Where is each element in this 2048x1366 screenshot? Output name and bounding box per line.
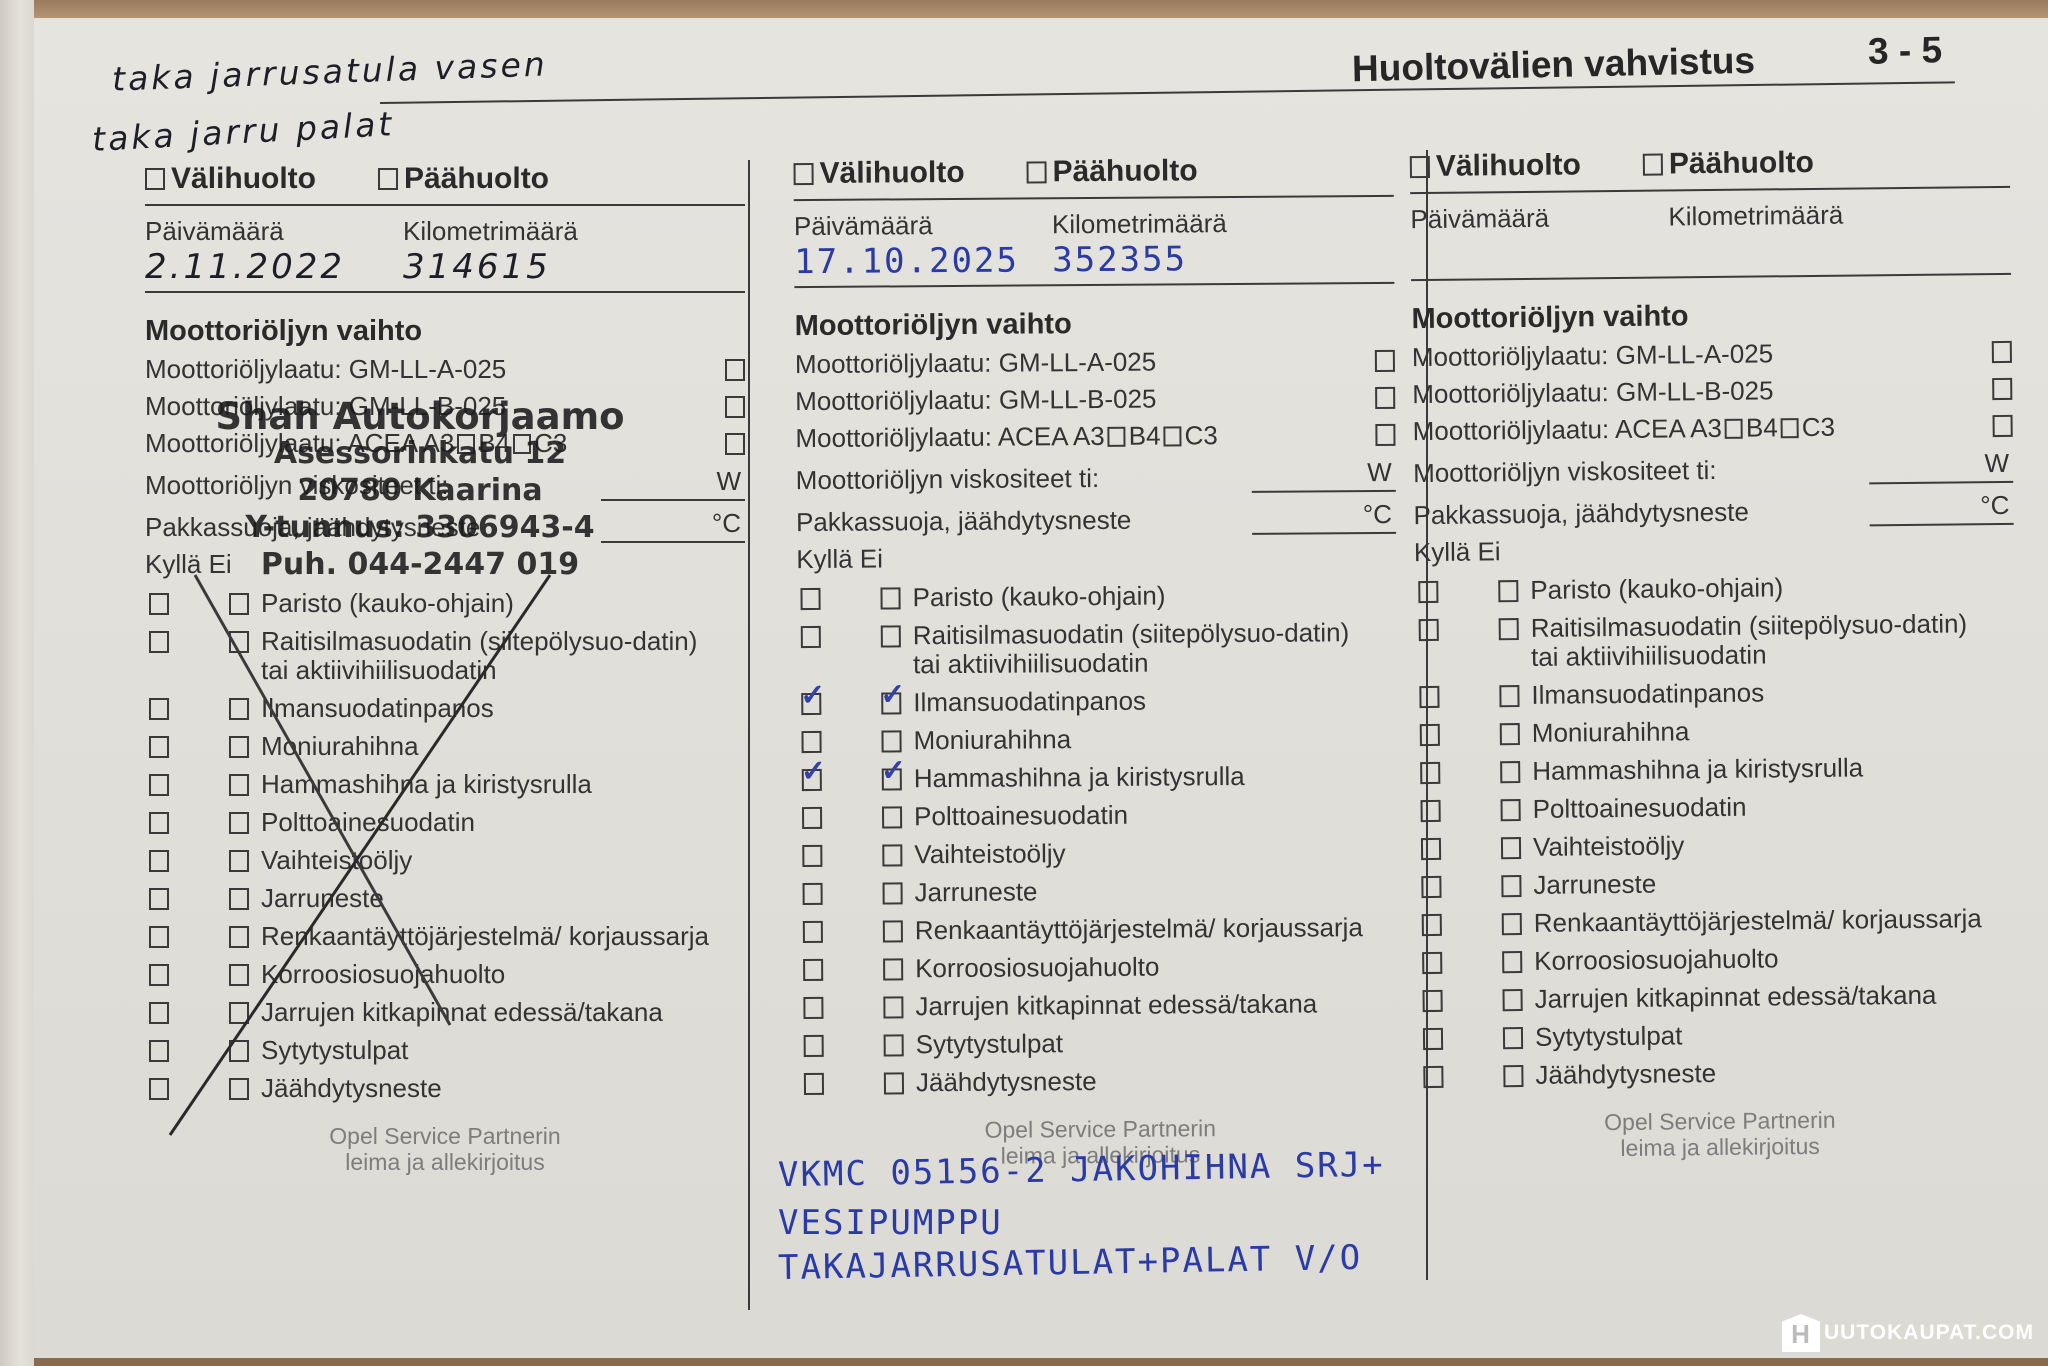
checklist-item: Raitisilmasuodatin (siitepölysuo-datin) … bbox=[1415, 609, 2016, 673]
service-type-row: VälihuoltoPäähuolto bbox=[793, 153, 1393, 191]
yes-checkbox[interactable] bbox=[801, 626, 821, 648]
acea-a3-checkbox[interactable] bbox=[1725, 418, 1743, 438]
checklist-label: Sytytystulpat bbox=[1535, 1018, 2005, 1052]
checklist-label: Renkaantäyttöjärjestelmä/ korjaussarja bbox=[1534, 904, 2004, 938]
acea-checkbox[interactable] bbox=[1993, 414, 2013, 436]
oil-grade-row: Moottoriöljylaatu: GM-LL-B-025 bbox=[1412, 373, 2012, 410]
checklist-item: Sytytystulpat bbox=[145, 1036, 745, 1065]
checklist-label: Ilmansuodatinpanos bbox=[1531, 676, 2001, 710]
checklist-label: Paristo (kauko-ohjain) bbox=[912, 580, 1382, 612]
checklist-item: Sytytystulpat bbox=[1419, 1018, 2019, 1053]
checklist-item: Hammashihna ja kiristysrulla bbox=[145, 770, 745, 799]
no-checkbox[interactable] bbox=[882, 844, 902, 866]
service-main-option[interactable]: Päähuolto bbox=[1643, 146, 1814, 182]
checklist-label: Polttoainesuodatin bbox=[914, 799, 1384, 831]
no-checkbox[interactable] bbox=[882, 806, 902, 828]
checklist-item: Polttoainesuodatin bbox=[798, 799, 1398, 832]
oil-grade-checkbox[interactable] bbox=[725, 359, 745, 381]
yes-checkbox[interactable] bbox=[1423, 1066, 1443, 1088]
divider bbox=[145, 204, 745, 206]
yes-checkbox[interactable] bbox=[801, 693, 821, 715]
oil-grade-acea-row: Moottoriöljylaatu: ACEA A3B4C3 bbox=[1412, 410, 2012, 447]
no-checkbox[interactable] bbox=[1501, 837, 1521, 859]
partner-line-1: Opel Service Partnerin bbox=[145, 1123, 745, 1149]
yes-checkbox[interactable] bbox=[149, 698, 169, 720]
date-value[interactable]: 2.11.2022 bbox=[145, 247, 403, 283]
partner-stamp-area: Opel Service Partnerinleima ja allekirjo… bbox=[145, 1123, 745, 1175]
viscosity-row: Moottoriöljyn viskositeet ti:W bbox=[796, 458, 1396, 496]
oil-grade-label: Moottoriöljylaatu: GM-LL-A-025 bbox=[1412, 338, 1774, 373]
checklist-label: Polttoainesuodatin bbox=[261, 808, 731, 837]
service-entry-2: VälihuoltoPäähuoltoPäivämääräKilometrimä… bbox=[793, 153, 1400, 1170]
antifreeze-row: Pakkassuoja, jäähdytysneste°C bbox=[1413, 491, 2013, 531]
checklist-item: Moniurahihna bbox=[1416, 714, 2016, 749]
field-labels: PäivämääräKilometrimäärä bbox=[794, 207, 1394, 242]
no-checkbox[interactable] bbox=[884, 1072, 904, 1094]
oil-grade-checkbox[interactable] bbox=[725, 396, 745, 418]
mileage-label: Kilometrimäärä bbox=[403, 216, 578, 247]
checklist-item: Jarrujen kitkapinnat edessä/takana bbox=[799, 989, 1399, 1022]
yes-checkbox[interactable] bbox=[804, 1035, 824, 1057]
yes-checkbox[interactable] bbox=[1418, 581, 1438, 603]
oil-grade-row: Moottoriöljylaatu: GM-LL-A-025 bbox=[1412, 336, 2012, 373]
no-checkbox[interactable] bbox=[882, 768, 902, 790]
stamp-name: Shah Autokorjaamo bbox=[200, 398, 640, 435]
no-checkbox[interactable] bbox=[883, 996, 903, 1018]
checklist-item: Jarruneste bbox=[145, 884, 745, 913]
checklist-label: Raitisilmasuodatin (siitepölysuo-datin) … bbox=[261, 627, 731, 685]
date-value[interactable] bbox=[1411, 232, 1669, 271]
checklist-label: Jarruneste bbox=[915, 875, 1385, 907]
no-checkbox[interactable] bbox=[1503, 989, 1523, 1011]
checklist-label: Jäähdytysneste bbox=[1535, 1056, 2005, 1090]
checklist-label: Paristo (kauko-ohjain) bbox=[1530, 571, 2000, 605]
checklist-label: Raitisilmasuodatin (siitepölysuo-datin) … bbox=[913, 618, 1383, 679]
no-checkbox[interactable] bbox=[229, 593, 249, 615]
antifreeze-field[interactable]: °C bbox=[1252, 500, 1396, 535]
mileage-label: Kilometrimäärä bbox=[1668, 200, 1843, 233]
checklist-label: Jäähdytysneste bbox=[916, 1065, 1386, 1097]
no-checkbox[interactable] bbox=[229, 1002, 249, 1024]
yes-checkbox[interactable] bbox=[149, 812, 169, 834]
partner-stamp-area: Opel Service Partnerinleima ja allekirjo… bbox=[1420, 1105, 2021, 1163]
mileage-value[interactable]: 314615 bbox=[403, 247, 551, 283]
checklist-item: Moniurahihna bbox=[145, 732, 745, 761]
service-main-label: Päähuolto bbox=[1052, 154, 1197, 189]
viscosity-row: Moottoriöljyn viskositeet ti:W bbox=[1413, 449, 2013, 489]
oil-change-heading: Moottoriöljyn vaihto bbox=[145, 315, 745, 348]
checklist-label: Jarrujen kitkapinnat edessä/takana bbox=[915, 989, 1385, 1021]
divider bbox=[794, 282, 1394, 288]
oil-grade-checkbox[interactable] bbox=[1992, 377, 2012, 399]
acea-b4-checkbox[interactable] bbox=[1163, 426, 1181, 446]
oil-grade-checkbox[interactable] bbox=[1375, 349, 1395, 371]
checklist-label: Renkaantäyttöjärjestelmä/ korjaussarja bbox=[915, 913, 1385, 945]
field-values: 2.11.2022314615 bbox=[145, 247, 745, 283]
service-type-row: VälihuoltoPäähuolto bbox=[1410, 144, 2010, 184]
no-checkbox[interactable] bbox=[229, 964, 249, 986]
no-checkbox[interactable] bbox=[883, 920, 903, 942]
checklist-item: Jarrujen kitkapinnat edessä/takana bbox=[145, 998, 745, 1027]
yes-checkbox[interactable] bbox=[1422, 952, 1442, 974]
checklist-item: Hammashihna ja kiristysrulla bbox=[1416, 752, 2016, 787]
checklist-label: Hammashihna ja kiristysrulla bbox=[1532, 752, 2002, 786]
oil-grade-row: Moottoriöljylaatu: GM-LL-A-025 bbox=[145, 354, 745, 385]
no-checkbox[interactable] bbox=[1500, 761, 1520, 783]
checklist-label: Renkaantäyttöjärjestelmä/ korjaussarja bbox=[261, 922, 731, 951]
checklist-item: Korroosiosuojahuolto bbox=[799, 951, 1399, 984]
page-title: Huoltovälien vahvistus bbox=[1352, 40, 1756, 90]
service-entry-3: VälihuoltoPäähuoltoPäivämääräKilometrimä… bbox=[1410, 144, 2021, 1163]
acea-checkbox[interactable] bbox=[725, 433, 745, 455]
checklist-label: Vaihteistoöljy bbox=[1533, 828, 2003, 862]
checklist-item: Paristo (kauko-ohjain) bbox=[145, 589, 745, 618]
checklist-label: Sytytystulpat bbox=[916, 1027, 1386, 1059]
interim-checkbox[interactable] bbox=[794, 163, 814, 185]
no-checkbox[interactable] bbox=[1501, 875, 1521, 897]
service-interim-option[interactable]: Välihuolto bbox=[145, 162, 316, 196]
checklist-label: Korroosiosuojahuolto bbox=[915, 951, 1385, 983]
checklist-item: Vaihteistoöljy bbox=[145, 846, 745, 875]
checklist-item: Renkaantäyttöjärjestelmä/ korjaussarja bbox=[799, 913, 1399, 946]
checklist-label: Jarrujen kitkapinnat edessä/takana bbox=[1534, 980, 2004, 1014]
book-gutter bbox=[0, 0, 34, 1366]
oil-grade-row: Moottoriöljylaatu: GM-LL-B-025 bbox=[795, 382, 1395, 417]
checklist-label: Ilmansuodatinpanos bbox=[913, 685, 1383, 717]
yes-checkbox[interactable] bbox=[1419, 686, 1439, 708]
yes-checkbox[interactable] bbox=[149, 1040, 169, 1062]
checklist-item: Hammashihna ja kiristysrulla bbox=[798, 761, 1398, 794]
interim-checkbox[interactable] bbox=[1410, 156, 1430, 178]
page-number: 3 - 5 bbox=[1868, 29, 1943, 73]
yes-no-header: Kyllä Ei bbox=[796, 540, 1396, 575]
no-checkbox[interactable] bbox=[229, 774, 249, 796]
date-label: Päivämäärä bbox=[1410, 201, 1668, 235]
field-values bbox=[1411, 229, 2011, 271]
no-checkbox[interactable] bbox=[229, 1078, 249, 1100]
checklist-label: Paristo (kauko-ohjain) bbox=[261, 589, 731, 618]
field-values: 17.10.2025352355 bbox=[794, 238, 1394, 278]
partner-line-2: leima ja allekirjoitus bbox=[145, 1149, 745, 1175]
checklist-label: Moniurahihna bbox=[261, 732, 731, 761]
acea-c3-label: C3 bbox=[1184, 420, 1217, 451]
yes-checkbox[interactable] bbox=[803, 959, 823, 981]
acea-b4-checkbox[interactable] bbox=[1781, 418, 1799, 438]
antifreeze-field[interactable]: °C bbox=[1869, 491, 2013, 527]
oil-grade-acea-row: Moottoriöljylaatu: ACEA A3B4C3 bbox=[795, 419, 1395, 454]
handwritten-blue-note-2: VESIPUMPPU bbox=[778, 1203, 1003, 1243]
yes-checkbox[interactable] bbox=[1419, 619, 1439, 641]
checklist-item: Vaihteistoöljy bbox=[798, 837, 1398, 870]
viscosity-field[interactable]: W bbox=[1869, 449, 2013, 485]
no-checkbox[interactable] bbox=[1498, 580, 1518, 602]
checklist-item: Renkaantäyttöjärjestelmä/ korjaussarja bbox=[145, 922, 745, 951]
date-value[interactable]: 17.10.2025 bbox=[794, 240, 1052, 278]
no-checkbox[interactable] bbox=[229, 736, 249, 758]
checklist-label: Jarruneste bbox=[1533, 866, 2003, 900]
yes-checkbox[interactable] bbox=[1423, 990, 1443, 1012]
cube-h-logo-icon: H bbox=[1782, 1314, 1820, 1352]
yes-checkbox[interactable] bbox=[1422, 914, 1442, 936]
no-checkbox[interactable] bbox=[1503, 1027, 1523, 1049]
no-checkbox[interactable] bbox=[1499, 685, 1519, 707]
stamp-business-id: Y-tunnus: 3306943-4 bbox=[200, 509, 640, 546]
acea-options: Moottoriöljylaatu: ACEA A3B4C3 bbox=[1412, 412, 1835, 447]
yes-checkbox[interactable] bbox=[802, 769, 822, 791]
yes-checkbox[interactable] bbox=[803, 997, 823, 1019]
acea-label: Moottoriöljylaatu: ACEA A3 bbox=[795, 421, 1105, 454]
checklist-item: Jäähdytysneste bbox=[800, 1065, 1400, 1098]
yes-checkbox[interactable] bbox=[802, 845, 822, 867]
checklist-label: Raitisilmasuodatin (siitepölysuo-datin) … bbox=[1531, 609, 2002, 672]
oil-change-heading: Moottoriöljyn vaihto bbox=[795, 306, 1395, 343]
no-checkbox[interactable] bbox=[1503, 1065, 1523, 1087]
yes-checkbox[interactable] bbox=[149, 631, 169, 653]
divider bbox=[145, 291, 745, 293]
antifreeze-label: Pakkassuoja, jäähdytysneste bbox=[1413, 497, 1749, 532]
checklist-item: Raitisilmasuodatin (siitepölysuo-datin) … bbox=[797, 618, 1397, 680]
checklist-label: Ilmansuodatinpanos bbox=[261, 694, 731, 723]
no-checkbox[interactable] bbox=[881, 692, 901, 714]
checklist-item: Jäähdytysneste bbox=[1419, 1056, 2019, 1091]
service-interim-label: Välihuolto bbox=[819, 156, 964, 191]
yes-checkbox[interactable] bbox=[1420, 762, 1440, 784]
service-main-label: Päähuolto bbox=[404, 162, 549, 196]
no-checkbox[interactable] bbox=[229, 698, 249, 720]
yes-checkbox[interactable] bbox=[1423, 1028, 1443, 1050]
checklist-label: Vaihteistoöljy bbox=[914, 837, 1384, 869]
service-interim-label: Välihuolto bbox=[1436, 148, 1581, 184]
checklist-label: Korroosiosuojahuolto bbox=[261, 960, 731, 989]
service-interim-label: Välihuolto bbox=[171, 162, 316, 196]
checklist-item: Jarrujen kitkapinnat edessä/takana bbox=[1418, 980, 2018, 1015]
oil-grade-checkbox[interactable] bbox=[1992, 340, 2012, 362]
no-checkbox[interactable] bbox=[229, 888, 249, 910]
yes-checkbox[interactable] bbox=[149, 774, 169, 796]
main-checkbox[interactable] bbox=[1643, 154, 1663, 176]
no-checkbox[interactable] bbox=[883, 958, 903, 980]
yes-checkbox[interactable] bbox=[149, 1002, 169, 1024]
no-checkbox[interactable] bbox=[881, 625, 901, 647]
mileage-label: Kilometrimäärä bbox=[1052, 208, 1227, 240]
antifreeze-row: Pakkassuoja, jäähdytysneste°C bbox=[796, 500, 1396, 538]
checklist-item: Jarruneste bbox=[1417, 866, 2017, 901]
no-checkbox[interactable] bbox=[1502, 951, 1522, 973]
yes-checkbox[interactable] bbox=[803, 921, 823, 943]
column-divider-1 bbox=[748, 160, 750, 1310]
service-main-option[interactable]: Päähuolto bbox=[1026, 154, 1197, 189]
oil-grade-label: Moottoriöljylaatu: GM-LL-B-025 bbox=[1412, 375, 1774, 410]
viscosity-label: Moottoriöljyn viskositeet ti: bbox=[1413, 455, 1717, 489]
yes-checkbox[interactable] bbox=[801, 731, 821, 753]
watermark-text: UUTOKAUPAT.COM bbox=[1824, 1321, 2034, 1345]
no-checkbox[interactable] bbox=[229, 1040, 249, 1062]
checklist-item: Raitisilmasuodatin (siitepölysuo-datin) … bbox=[145, 627, 745, 685]
oil-grade-checkbox[interactable] bbox=[1375, 386, 1395, 408]
checklist-label: Sytytystulpat bbox=[261, 1036, 731, 1065]
no-checkbox[interactable] bbox=[1500, 723, 1520, 745]
desk-edge bbox=[0, 0, 2048, 20]
no-checkbox[interactable] bbox=[884, 1034, 904, 1056]
viscosity-field[interactable]: W bbox=[1252, 458, 1396, 493]
date-label: Päivämäärä bbox=[145, 216, 403, 247]
divider bbox=[1410, 186, 2010, 194]
checklist-item: Renkaantäyttöjärjestelmä/ korjaussarja bbox=[1418, 904, 2018, 939]
stamp-street: Asessorinkatu 12 bbox=[200, 435, 640, 472]
service-entry-1: VälihuoltoPäähuoltoPäivämääräKilometrimä… bbox=[145, 162, 745, 1175]
service-interim-option[interactable]: Välihuolto bbox=[793, 156, 964, 191]
checklist-item: Jäähdytysneste bbox=[145, 1074, 745, 1103]
checklist-item: Paristo (kauko-ohjain) bbox=[1414, 571, 2014, 606]
field-labels: PäivämääräKilometrimäärä bbox=[145, 216, 745, 247]
service-main-option[interactable]: Päähuolto bbox=[378, 162, 549, 196]
yes-checkbox[interactable] bbox=[149, 964, 169, 986]
checklist-item: Ilmansuodatinpanos bbox=[1415, 676, 2015, 711]
no-checkbox[interactable] bbox=[229, 926, 249, 948]
checklist-item: Jarruneste bbox=[799, 875, 1399, 908]
oil-grade-label: Moottoriöljylaatu: GM-LL-B-025 bbox=[795, 384, 1156, 418]
date-label: Päivämäärä bbox=[794, 209, 1052, 242]
checklist-item: Polttoainesuodatin bbox=[145, 808, 745, 837]
mileage-value[interactable]: 352355 bbox=[1052, 239, 1187, 276]
no-checkbox[interactable] bbox=[880, 587, 900, 609]
viscosity-label: Moottoriöljyn viskositeet ti: bbox=[796, 463, 1100, 496]
no-checkbox[interactable] bbox=[229, 812, 249, 834]
no-checkbox[interactable] bbox=[1501, 799, 1521, 821]
checklist-label: Polttoainesuodatin bbox=[1532, 790, 2002, 824]
yes-checkbox[interactable] bbox=[149, 888, 169, 910]
interim-checkbox[interactable] bbox=[145, 168, 165, 190]
antifreeze-label: Pakkassuoja, jäähdytysneste bbox=[796, 505, 1132, 538]
yes-checkbox[interactable] bbox=[149, 926, 169, 948]
yes-checkbox[interactable] bbox=[149, 736, 169, 758]
oil-change-heading: Moottoriöljyn vaihto bbox=[1411, 297, 2011, 336]
no-checkbox[interactable] bbox=[883, 882, 903, 904]
yes-checkbox[interactable] bbox=[149, 850, 169, 872]
no-checkbox[interactable] bbox=[1499, 618, 1519, 640]
checklist-item: Korroosiosuojahuolto bbox=[1418, 942, 2018, 977]
divider bbox=[794, 195, 1394, 201]
acea-b4-label: B4 bbox=[1129, 421, 1161, 452]
checklist-item: Polttoainesuodatin bbox=[1416, 790, 2016, 825]
no-checkbox[interactable] bbox=[1502, 913, 1522, 935]
no-checkbox[interactable] bbox=[881, 730, 901, 752]
yes-checkbox[interactable] bbox=[149, 593, 169, 615]
checklist-label: Hammashihna ja kiristysrulla bbox=[914, 761, 1384, 793]
oil-grade-row: Moottoriöljylaatu: GM-LL-A-025 bbox=[795, 345, 1395, 380]
checklist-label: Moniurahihna bbox=[913, 723, 1383, 755]
checklist-label: Jarruneste bbox=[261, 884, 731, 913]
service-type-row: VälihuoltoPäähuolto bbox=[145, 162, 745, 196]
yes-checkbox[interactable] bbox=[800, 588, 820, 610]
oil-grade-label: Moottoriöljylaatu: GM-LL-A-025 bbox=[145, 354, 506, 385]
checklist-item: Ilmansuodatinpanos bbox=[797, 685, 1397, 718]
checklist-item: Ilmansuodatinpanos bbox=[145, 694, 745, 723]
no-checkbox[interactable] bbox=[229, 850, 249, 872]
yes-no-header: Kyllä Ei bbox=[1414, 531, 2014, 568]
checklist-label: Jäähdytysneste bbox=[261, 1074, 731, 1103]
checklist-label: Korroosiosuojahuolto bbox=[1534, 942, 2004, 976]
checklist-item: Sytytystulpat bbox=[800, 1027, 1400, 1060]
checklist-item: Paristo (kauko-ohjain) bbox=[796, 580, 1396, 613]
acea-options: Moottoriöljylaatu: ACEA A3B4C3 bbox=[795, 420, 1218, 454]
yes-checkbox[interactable] bbox=[803, 883, 823, 905]
yes-checkbox[interactable] bbox=[804, 1073, 824, 1095]
yes-checkbox[interactable] bbox=[1420, 724, 1440, 746]
yes-checkbox[interactable] bbox=[1421, 876, 1441, 898]
workshop-stamp: Shah Autokorjaamo Asessorinkatu 12 20780… bbox=[200, 398, 640, 583]
checklist-item: Moniurahihna bbox=[797, 723, 1397, 756]
stamp-phone: Puh. 044-2447 019 bbox=[200, 546, 640, 583]
acea-a3-checkbox[interactable] bbox=[1108, 426, 1126, 446]
acea-b4-label: B4 bbox=[1746, 412, 1778, 443]
checklist-label: Jarrujen kitkapinnat edessä/takana bbox=[261, 998, 731, 1027]
yes-checkbox[interactable] bbox=[1421, 800, 1441, 822]
acea-label: Moottoriöljylaatu: ACEA A3 bbox=[1412, 413, 1722, 447]
acea-c3-label: C3 bbox=[1802, 412, 1836, 443]
stamp-city: 20780 Kaarina bbox=[200, 472, 640, 509]
no-checkbox[interactable] bbox=[229, 631, 249, 653]
service-interim-option[interactable]: Välihuolto bbox=[1410, 148, 1581, 184]
checklist-label: Moniurahihna bbox=[1532, 714, 2002, 748]
checklist-label: Vaihteistoöljy bbox=[261, 846, 731, 875]
yes-checkbox[interactable] bbox=[802, 807, 822, 829]
oil-grade-label: Moottoriöljylaatu: GM-LL-A-025 bbox=[795, 347, 1156, 381]
divider bbox=[1411, 273, 2011, 281]
checklist-item: Vaihteistoöljy bbox=[1417, 828, 2017, 863]
main-checkbox[interactable] bbox=[378, 168, 398, 190]
yes-checkbox[interactable] bbox=[1421, 838, 1441, 860]
main-checkbox[interactable] bbox=[1027, 161, 1047, 183]
service-main-label: Päähuolto bbox=[1669, 146, 1814, 182]
acea-checkbox[interactable] bbox=[1375, 423, 1395, 445]
checklist-label: Hammashihna ja kiristysrulla bbox=[261, 770, 731, 799]
watermark: H UUTOKAUPAT.COM bbox=[1782, 1314, 2034, 1352]
yes-checkbox[interactable] bbox=[149, 1078, 169, 1100]
checklist-item: Korroosiosuojahuolto bbox=[145, 960, 745, 989]
